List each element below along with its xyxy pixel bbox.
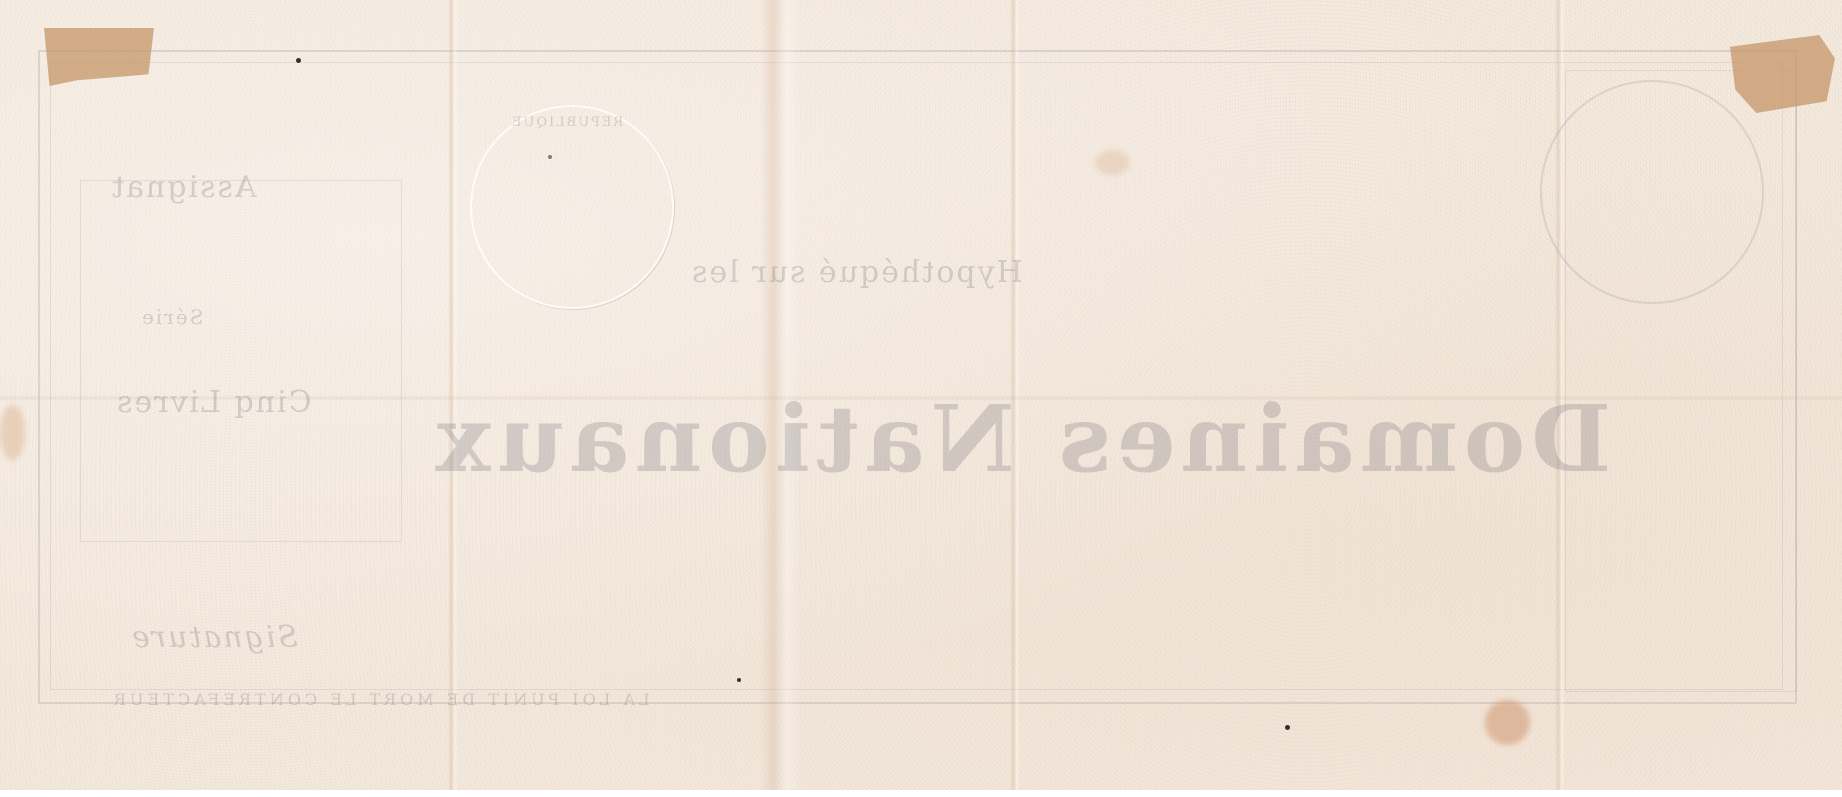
ghost-bottom-band: LA LOI PUNIT DE MORT LE CONTREFACTEUR bbox=[110, 690, 650, 709]
ghost-left-line-1: Assignat bbox=[110, 170, 257, 205]
paper-sheet: Domaines Nationaux Hypothéqué sur les As… bbox=[0, 0, 1842, 790]
left-panel-frame bbox=[80, 180, 402, 542]
stain-left-edge bbox=[0, 405, 25, 460]
printed-seal bbox=[1540, 80, 1764, 304]
ghost-left-line-3: Cinq Livres bbox=[115, 385, 312, 420]
ink-speck bbox=[548, 155, 552, 159]
stain-bottom-right bbox=[1485, 700, 1530, 745]
embossed-stamp bbox=[470, 105, 674, 309]
ghost-top-line: Hypothéqué sur les bbox=[690, 255, 1023, 290]
ink-speck bbox=[1285, 725, 1290, 730]
ink-speck bbox=[296, 58, 301, 63]
scan-margin bbox=[0, 790, 1842, 797]
emboss-legend: REPUBLIQUE bbox=[510, 115, 623, 130]
stain-center bbox=[1095, 150, 1130, 175]
ghost-left-line-2: Série bbox=[140, 305, 203, 329]
ghost-main-heading: Domaines Nationaux bbox=[430, 385, 1611, 493]
ghost-bottom-signature: Signature bbox=[130, 620, 298, 655]
ink-speck bbox=[737, 678, 741, 682]
